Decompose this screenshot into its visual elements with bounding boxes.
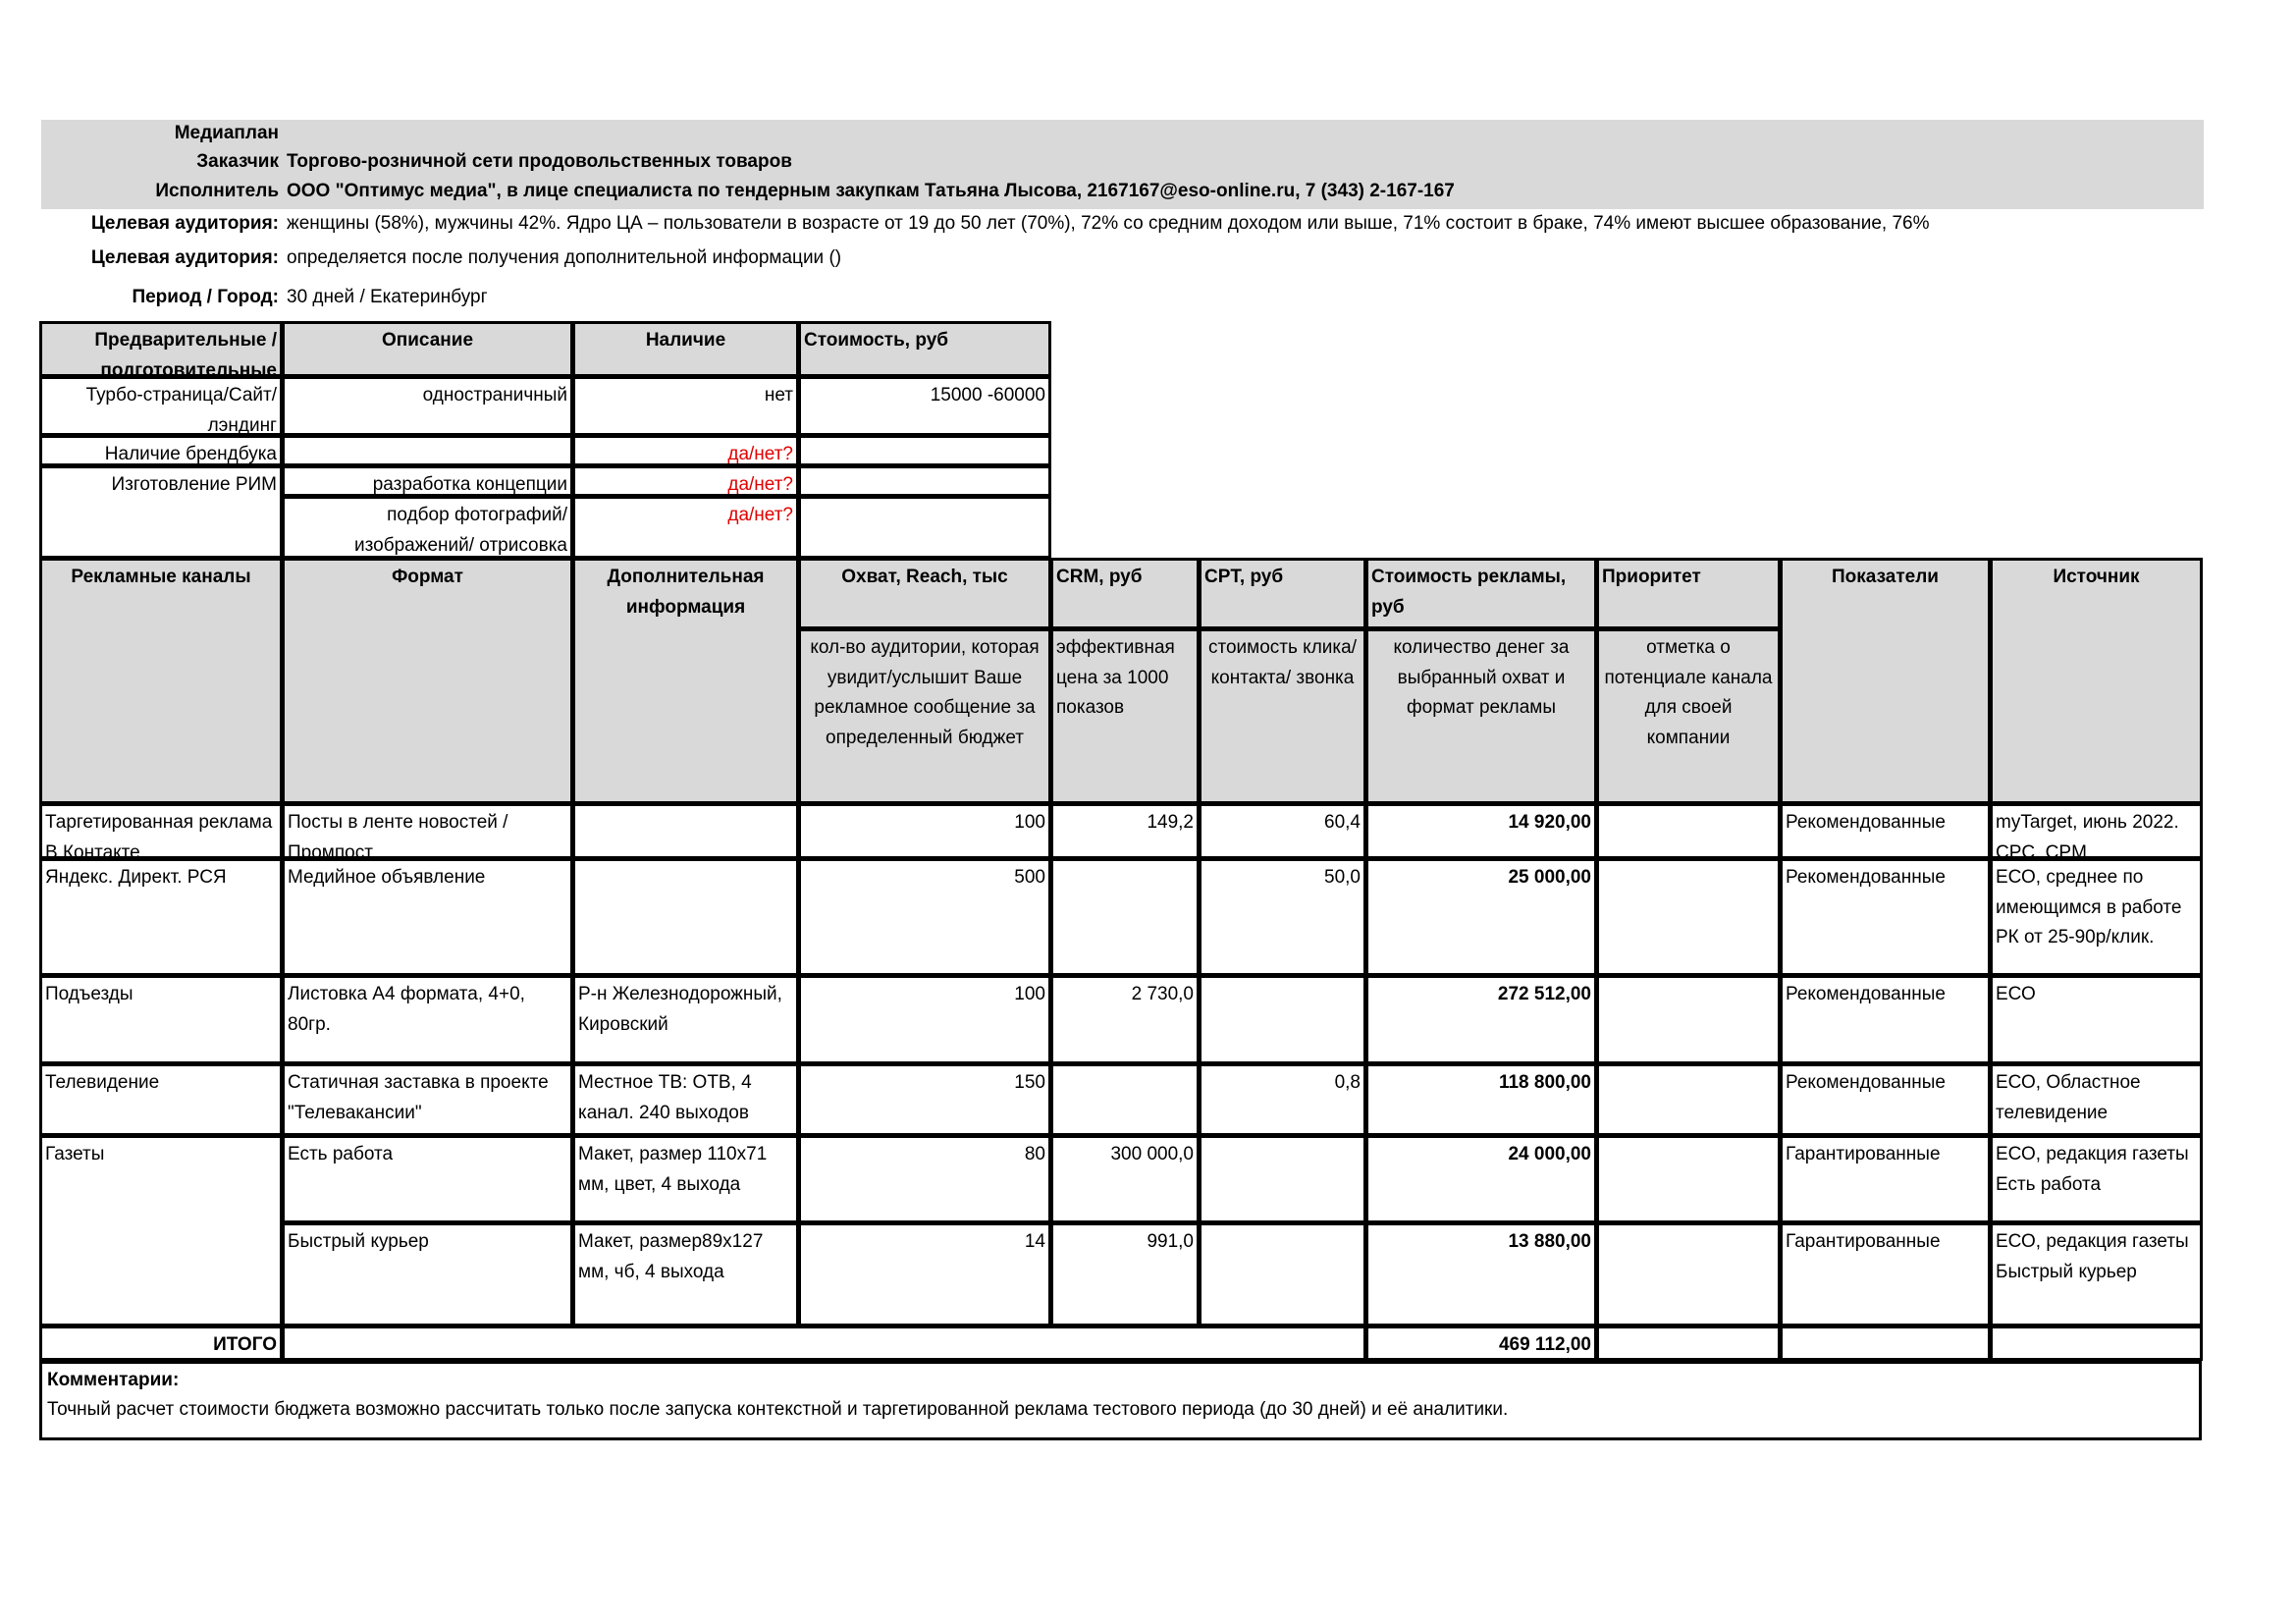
- table-cell-indicators: Рекомендованные: [1780, 975, 1991, 1064]
- table-cell-indicators: Рекомендованные: [1780, 1063, 1991, 1136]
- prelim-header-1: Описание: [282, 321, 573, 377]
- table-cell-channel: Таргетированная реклама В Контакте: [39, 803, 283, 859]
- total-value: 469 112,00: [1365, 1326, 1597, 1361]
- prelim-cost: [798, 465, 1051, 497]
- customer-label: Заказчик: [41, 150, 279, 174]
- table-cell-reach: 100: [798, 975, 1051, 1064]
- main-subheader-7: отметка о потенциале канала для своей ко…: [1596, 628, 1781, 804]
- table-cell-format: Медийное объявление: [282, 858, 573, 976]
- table-cell-cpt: 50,0: [1199, 858, 1366, 976]
- table-cell-cost: 118 800,00: [1365, 1063, 1597, 1136]
- table-cell-reach: 150: [798, 1063, 1051, 1136]
- table-cell-crm: 2 730,0: [1050, 975, 1200, 1064]
- contractor-label: Исполнитель: [41, 180, 279, 203]
- table-cell-crm: 149,2: [1050, 803, 1200, 859]
- table-cell-extra: Местное ТВ: ОТВ, 4 канал. 240 выходов: [572, 1063, 799, 1136]
- main-header-9: Источник: [1990, 558, 2203, 804]
- table-cell-format: Есть работа: [282, 1135, 573, 1223]
- table-cell-source: ЕСО, среднее по имеющимся в работе РК от…: [1990, 858, 2203, 976]
- prelim-item: Турбо-страница/Сайт/лэндинг: [39, 376, 283, 436]
- table-cell-cost: 24 000,00: [1365, 1135, 1597, 1223]
- table-cell-priority: [1596, 975, 1781, 1064]
- table-cell-crm: 300 000,0: [1050, 1135, 1200, 1223]
- table-cell-priority: [1596, 1222, 1781, 1326]
- table-cell-indicators: Гарантированные: [1780, 1135, 1991, 1223]
- audience-value-1: женщины (58%), мужчины 42%. Ядро ЦА – по…: [287, 212, 1929, 236]
- table-cell-priority: [1596, 803, 1781, 859]
- table-cell-cost: 14 920,00: [1365, 803, 1597, 859]
- table-cell-priority: [1596, 858, 1781, 976]
- prelim-description: разработка концепции: [282, 465, 573, 497]
- table-cell-channel: Яндекс. Директ. РСЯ: [39, 858, 283, 976]
- table-cell-cpt: 60,4: [1199, 803, 1366, 859]
- table-cell-source: ЕСО, Областное телевидение: [1990, 1063, 2203, 1136]
- period-value: 30 дней / Екатеринбург: [287, 286, 488, 309]
- table-cell-source: ЕСО: [1990, 975, 2203, 1064]
- main-subheader-5: стоимость клика/ контакта/ звонка: [1199, 628, 1366, 804]
- customer-value: Торгово-розничной сети продовольственных…: [287, 150, 792, 174]
- total-priority: [1596, 1326, 1781, 1361]
- main-header-4: CRM, руб: [1050, 558, 1200, 629]
- table-cell-source: ЕСО, редакция газеты Быстрый курьер: [1990, 1222, 2203, 1326]
- prelim-header-0: Предварительные /подготовительные: [39, 321, 283, 377]
- table-cell-reach: 80: [798, 1135, 1051, 1223]
- main-subheader-4: эффективная цена за 1000 показов: [1050, 628, 1200, 804]
- total-indicators: [1780, 1326, 1991, 1361]
- comments-box: Комментарии: Точный расчет стоимости бюд…: [39, 1360, 2202, 1440]
- main-header-6: Стоимость рекламы, руб: [1365, 558, 1597, 629]
- table-cell-cost: 272 512,00: [1365, 975, 1597, 1064]
- prelim-cost: [798, 496, 1051, 559]
- table-cell-format: Листовка А4 формата, 4+0, 80гр.: [282, 975, 573, 1064]
- table-cell-cpt: [1199, 1222, 1366, 1326]
- table-cell-extra: Р-н Железнодорожный, Кировский: [572, 975, 799, 1064]
- main-subheader-6: количество денег за выбранный охват и фо…: [1365, 628, 1597, 804]
- main-subheader-3: кол-во аудитории, которая увидит/услышит…: [798, 628, 1051, 804]
- table-cell-channel: Газеты: [39, 1135, 283, 1326]
- prelim-availability: нет: [572, 376, 799, 436]
- prelim-cost: 15000 -60000: [798, 376, 1051, 436]
- table-cell-extra: [572, 803, 799, 859]
- prelim-description: одностраничный: [282, 376, 573, 436]
- main-header-7: Приоритет: [1596, 558, 1781, 629]
- main-header-3: Охват, Reach, тыс: [798, 558, 1051, 629]
- table-cell-format: Статичная заставка в проекте "Телеваканс…: [282, 1063, 573, 1136]
- main-header-8: Показатели: [1780, 558, 1991, 804]
- prelim-description: [282, 435, 573, 466]
- table-cell-extra: [572, 858, 799, 976]
- mediaplan-title: Медиаплан: [41, 122, 279, 145]
- prelim-item: Наличие брендбука: [39, 435, 283, 466]
- audience-label-1: Целевая аудитория:: [41, 212, 279, 236]
- audience-label-2: Целевая аудитория:: [41, 246, 279, 270]
- total-spacer: [282, 1326, 1366, 1361]
- prelim-availability: да/нет?: [572, 435, 799, 466]
- prelim-item: Изготовление РИМ: [39, 465, 283, 559]
- contractor-value: ООО "Оптимус медиа", в лице специалиста …: [287, 180, 1455, 203]
- prelim-availability: да/нет?: [572, 465, 799, 497]
- table-cell-cpt: 0,8: [1199, 1063, 1366, 1136]
- prelim-availability: да/нет?: [572, 496, 799, 559]
- table-cell-format: Быстрый курьер: [282, 1222, 573, 1326]
- total-label: ИТОГО: [39, 1326, 283, 1361]
- table-cell-extra: Макет, размер 110х71 мм, цвет, 4 выхода: [572, 1135, 799, 1223]
- table-cell-source: ЕСО, редакция газеты Есть работа: [1990, 1135, 2203, 1223]
- table-cell-crm: [1050, 1063, 1200, 1136]
- prelim-header-2: Наличие: [572, 321, 799, 377]
- prelim-header-3: Стоимость, руб: [798, 321, 1051, 377]
- prelim-description: подбор фотографий/ изображений/ отрисовк…: [282, 496, 573, 559]
- table-cell-reach: 100: [798, 803, 1051, 859]
- total-source: [1990, 1326, 2203, 1361]
- table-cell-channel: Подъезды: [39, 975, 283, 1064]
- table-cell-indicators: Гарантированные: [1780, 1222, 1991, 1326]
- comments-text: Точный расчет стоимости бюджета возможно…: [47, 1395, 2194, 1425]
- table-cell-indicators: Рекомендованные: [1780, 858, 1991, 976]
- table-cell-cpt: [1199, 1135, 1366, 1223]
- table-cell-crm: 991,0: [1050, 1222, 1200, 1326]
- table-cell-indicators: Рекомендованные: [1780, 803, 1991, 859]
- audience-value-2: определяется после получения дополнитель…: [287, 246, 841, 270]
- table-cell-crm: [1050, 858, 1200, 976]
- table-cell-channel: Телевидение: [39, 1063, 283, 1136]
- main-header-2: Дополнительная информация: [572, 558, 799, 804]
- table-cell-cost: 25 000,00: [1365, 858, 1597, 976]
- main-header-0: Рекламные каналы: [39, 558, 283, 804]
- main-header-5: CPT, руб: [1199, 558, 1366, 629]
- prelim-cost: [798, 435, 1051, 466]
- table-cell-cost: 13 880,00: [1365, 1222, 1597, 1326]
- table-cell-format: Посты в ленте новостей / Промпост: [282, 803, 573, 859]
- table-cell-priority: [1596, 1135, 1781, 1223]
- comments-title: Комментарии:: [47, 1366, 2194, 1395]
- period-label: Период / Город:: [41, 286, 279, 309]
- table-cell-priority: [1596, 1063, 1781, 1136]
- main-header-1: Формат: [282, 558, 573, 804]
- table-cell-cpt: [1199, 975, 1366, 1064]
- table-cell-reach: 500: [798, 858, 1051, 976]
- table-cell-reach: 14: [798, 1222, 1051, 1326]
- table-cell-extra: Макет, размер89х127 мм, чб, 4 выхода: [572, 1222, 799, 1326]
- table-cell-source: myTarget, июнь 2022. CPC, CPM: [1990, 803, 2203, 859]
